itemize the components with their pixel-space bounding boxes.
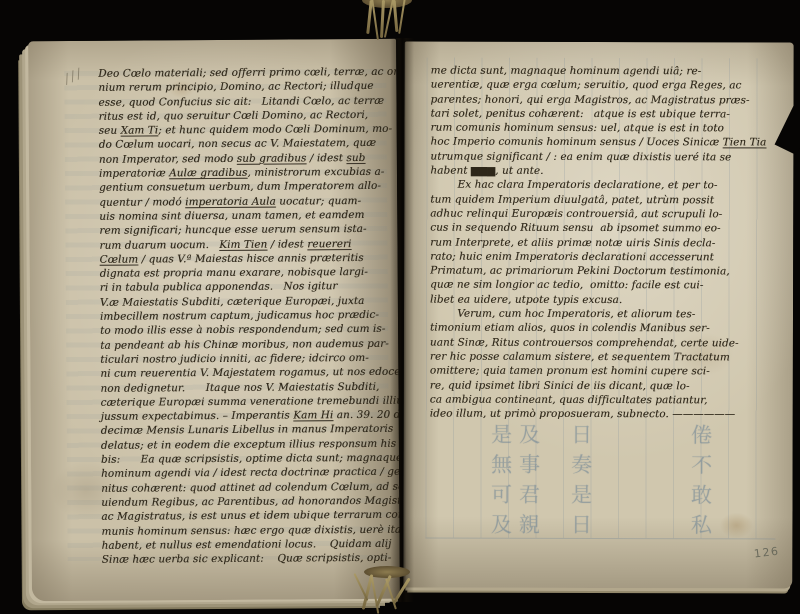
manuscript-scan: /// Deo Cœlo materiali; sed offerri prim… [0,0,800,614]
manuscript-line: quæ ne sim longior ac tedio, omitto: fac… [430,278,782,293]
manuscript-line: rum comunis hominum sensus: uel, atque i… [430,121,782,136]
bleedthrough-character: 可 [489,480,513,510]
left-page: /// Deo Cœlo materiali; sed offerri prim… [28,39,400,602]
manuscript-line: rem significari; huncque esse uerum sens… [99,222,399,238]
manuscript-line: hominum agendi via / idest recta doctrin… [101,465,400,481]
manuscript-line: tum quidem Imperium diuulgatâ, patet, ut… [430,192,782,207]
book-gutter [390,38,414,602]
binding-threads-bottom [354,568,430,614]
manuscript-line: tari solet, penitus cohærent: atque is e… [431,106,783,121]
manuscript-line: me dicta sunt, magnaque hominum agendi u… [431,64,783,79]
manuscript-line: libet ea uidere, utpote typis excusa. [430,292,782,307]
manuscript-line: habent ▆▆▆, ut ante. [430,164,782,179]
paper-stain [719,512,753,538]
manuscript-line: hoc Imperio comunis hominum sensus / Uoc… [430,135,782,150]
manuscript-line: ni cum reuerentia V. Majestatem rogamus,… [100,365,400,381]
manuscript-line: ac Magistratus, is est unus et idem ubiq… [101,508,400,524]
thread-strand [371,576,380,614]
bleedthrough-character: 私 [689,510,713,540]
manuscript-line: parentes; honori, qui erga Magistros, ac… [431,92,783,107]
manuscript-line: ideo illum, ut primò proposueram, subnec… [430,407,782,422]
manuscript-line: uerentiæ, quæ erga cœlum; seruitio, quod… [431,78,783,93]
bleedthrough-character: 是 [569,480,593,510]
thread-strand [385,578,397,609]
bleedthrough-character: 親 [517,510,541,540]
manuscript-line: rato; huic enim Imperatoris declarationi… [430,249,782,264]
bleedthrough-character: 敢 [689,480,713,510]
bleedthrough-character: 君 [517,480,541,510]
thread-strand [392,577,410,604]
chinese-character-column: 倦不敢私 [689,420,713,540]
manuscript-line: Ex hac clara Imperatoris declaratione, e… [430,178,782,193]
right-page: 倦不敢私日奏是日及事君親是無可及 me dicta sunt, magnaque… [403,41,793,588]
manuscript-line: dignata est propria manu exarare, nobisq… [100,265,400,281]
manuscript-line: to modo illis esse à nobis respondendum;… [100,322,400,338]
chinese-character-column: 是無可及 [489,420,513,540]
left-page-text: Deo Cœlo materiali; sed offerri primo cœ… [98,65,400,567]
manuscript-line: Primatum, ac primariorum Pekini Doctorum… [430,264,782,279]
binding-threads-top [360,0,418,48]
bleedthrough-character: 是 [490,420,514,450]
chinese-grid-border [425,538,775,540]
bleedthrough-character: 奏 [570,450,594,480]
bleedthrough-character: 倦 [690,420,714,450]
chinese-character-column: 及事君親 [517,420,541,540]
bleedthrough-character: 日 [569,510,593,540]
manuscript-line: omittere; quia tamen pronum est homini c… [430,364,782,379]
chinese-bleedthrough-characters: 倦不敢私日奏是日及事君親是無可及 [405,41,794,42]
manuscript-line: Verum, cum hoc Imperatoris, et aliorum t… [430,307,782,322]
manuscript-line: rer hic posse calamum sistere, et sequen… [430,349,782,364]
bleedthrough-character: 事 [518,450,542,480]
pencil-corner-mark: /// [62,66,86,88]
manuscript-line: cus in sequendo Rituum sensu ab ipsomet … [430,221,782,236]
manuscript-line: timonium etiam alios, quos in colendis M… [430,321,782,336]
manuscript-line: uant Sinæ, Ritus controuersos comprehend… [430,335,782,350]
chinese-character-column: 日奏是日 [569,420,593,540]
manuscript-line: adhuc relinqui Europæis controuersiâ, au… [430,207,782,222]
manuscript-line: re, quid ipsimet libri Sinici de iis dic… [430,378,782,393]
bleedthrough-character: 無 [490,450,514,480]
manuscript-line: utrumque significant / : ea enim quæ dix… [430,149,782,164]
manuscript-line: Sinæ hæc uerba sic explicant: Quæ scrips… [102,551,400,567]
bleedthrough-character: 日 [570,420,594,450]
manuscript-line: nium rerum principio, Domino, ac Rectori… [98,79,398,95]
bleedthrough-character: 不 [690,450,714,480]
bleedthrough-character: 及 [518,420,542,450]
bleedthrough-character: 及 [489,510,513,540]
manuscript-line: rum Interprete, et aliis primæ notæ uiri… [430,235,782,250]
manuscript-line: ca ambigua contineant, quas difficultate… [430,392,782,407]
right-page-text: me dicta sunt, magnaque hominum agendi u… [430,64,783,422]
